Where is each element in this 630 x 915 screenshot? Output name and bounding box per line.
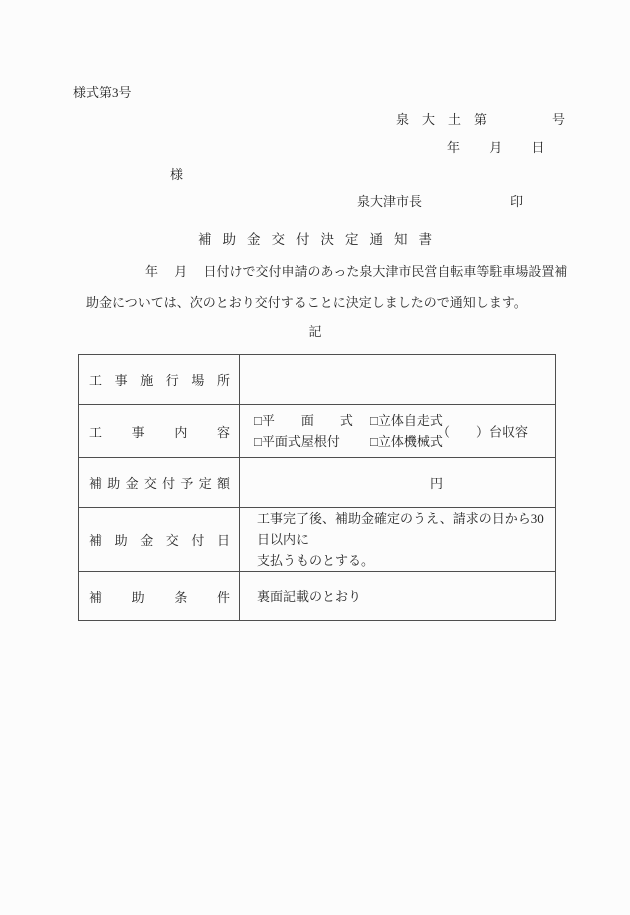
- worktype-option-flat: □平 面 式: [254, 410, 370, 431]
- row-label-worktype: 工事内容: [89, 422, 230, 441]
- checkbox-icon[interactable]: □: [254, 434, 262, 449]
- document-page: 様式第3号 泉 大 土 第 号 年 月 日 様 泉大津市長 印 補助金交付決定通…: [0, 0, 630, 915]
- table-row: 補助条件 裏面記載のとおり: [79, 572, 556, 621]
- row-label-amount: 補助金交付予定額: [89, 473, 230, 492]
- issuer-title: 泉大津市長: [357, 193, 422, 210]
- checkbox-icon[interactable]: □: [370, 413, 378, 428]
- worktype-option-label: 平 面 式: [262, 413, 353, 428]
- table-row: 工事施行場所: [79, 355, 556, 405]
- worktype-option-mechanical: □立体機械式: [370, 434, 443, 449]
- checkbox-icon[interactable]: □: [370, 434, 378, 449]
- row-header-payment-date: 補助金交付日: [79, 508, 240, 572]
- site-location-field[interactable]: [240, 355, 556, 405]
- document-title: 補助金交付決定通知書: [0, 231, 630, 248]
- row-header-amount: 補助金交付予定額: [79, 458, 240, 508]
- date-line: 年 月 日: [447, 139, 545, 156]
- worktype-field: □平 面 式□立体自走式 □平面式屋根付□立体機械式 （ ）台収容: [240, 405, 556, 458]
- worktype-option-label: 立体自走式: [378, 413, 443, 428]
- form-number: 様式第3号: [73, 84, 132, 101]
- worktype-option-self-propelled: □立体自走式: [370, 413, 443, 428]
- seal-placeholder: 印: [510, 193, 523, 210]
- payment-date-line-2: 支払うものとする。: [257, 550, 547, 571]
- checkbox-icon[interactable]: □: [254, 413, 262, 428]
- worktype-option-flat-roofed: □平面式屋根付: [254, 431, 370, 452]
- planned-amount-field: 円: [240, 458, 556, 508]
- row-label-conditions: 補助条件: [89, 587, 230, 606]
- reference-number-line: 泉 大 土 第 号: [396, 111, 565, 128]
- body-line-2: 助金については、次のとおり交付することに決定しましたので通知します。: [86, 294, 527, 311]
- row-header-worktype: 工事内容: [79, 405, 240, 458]
- row-label-site: 工事施行場所: [89, 370, 230, 389]
- subsidy-table: 工事施行場所 工事内容 □平 面 式□立体自走式 □平面式屋根付□立体機械式 （…: [78, 354, 556, 621]
- conditions-value: 裏面記載のとおり: [240, 572, 556, 621]
- record-marker: 記: [0, 323, 630, 340]
- recipient-honorific: 様: [170, 166, 183, 183]
- row-header-conditions: 補助条件: [79, 572, 240, 621]
- payment-date-value: 工事完了後、補助金確定のうえ、請求の日から30日以内に 支払うものとする。: [240, 508, 556, 572]
- amount-unit: 円: [430, 476, 443, 491]
- table-row: 工事内容 □平 面 式□立体自走式 □平面式屋根付□立体機械式 （ ）台収容: [79, 405, 556, 458]
- worktype-option-label: 平面式屋根付: [262, 434, 340, 449]
- capacity-field: （ ）台収容: [437, 422, 528, 441]
- payment-date-line-1: 工事完了後、補助金確定のうえ、請求の日から30日以内に: [257, 508, 547, 550]
- row-header-site: 工事施行場所: [79, 355, 240, 405]
- worktype-option-label: 立体機械式: [378, 434, 443, 449]
- body-line-1: 年 月 日付けで交付申請のあった泉大津市民営自転車等駐車場設置補: [145, 263, 567, 280]
- table-row: 補助金交付日 工事完了後、補助金確定のうえ、請求の日から30日以内に 支払うもの…: [79, 508, 556, 572]
- conditions-text: 裏面記載のとおり: [257, 586, 547, 607]
- row-label-payment-date: 補助金交付日: [89, 530, 230, 549]
- table-row: 補助金交付予定額 円: [79, 458, 556, 508]
